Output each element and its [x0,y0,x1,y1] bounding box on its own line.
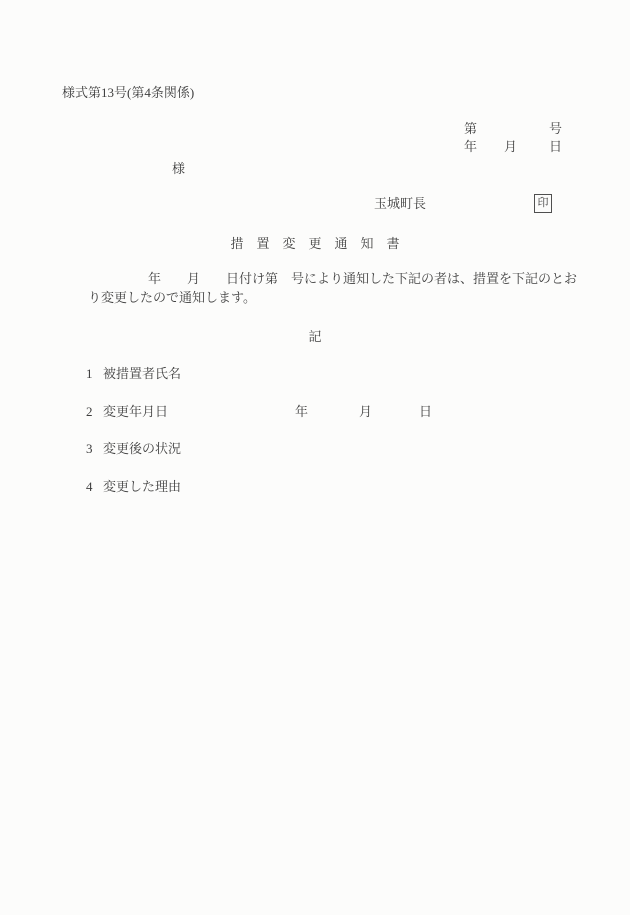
item-1-label: 被措置者氏名 [103,366,181,381]
date-month-label: 月 [504,139,517,154]
date-day-label: 日 [549,139,562,154]
form-number-label: 様式第13号(第4条関係) [62,85,194,100]
item-2-number: 2 [86,404,93,419]
item-2-date-year-label: 年 [295,404,308,419]
document-page: 様式第13号(第4条関係) 第 号 年 月 日 様 玉城町長 印 措 置 変 更… [0,0,630,915]
item-3-label: 変更後の状況 [103,441,181,456]
document-title: 措 置 変 更 通 知 書 [0,236,630,251]
item-4-label: 変更した理由 [103,479,181,494]
addressee-honorific: 様 [172,161,185,176]
body-paragraph-line1: 年 月 日付け第 号により通知した下記の者は、措置を下記のとお [148,271,577,286]
list-heading: 記 [0,329,630,344]
item-4-number: 4 [86,479,93,494]
sender-title: 玉城町長 [374,196,426,211]
body-paragraph-line2: り変更したので通知します。 [88,290,256,305]
item-2-label: 変更年月日 [103,404,168,419]
item-2-date-month-label: 月 [359,404,372,419]
document-number-prefix: 第 [464,121,477,136]
seal-stamp: 印 [534,194,552,213]
item-2-date-day-label: 日 [419,404,432,419]
document-number-suffix: 号 [549,121,562,136]
item-3-number: 3 [86,441,93,456]
item-1-number: 1 [86,366,93,381]
date-year-label: 年 [464,139,477,154]
